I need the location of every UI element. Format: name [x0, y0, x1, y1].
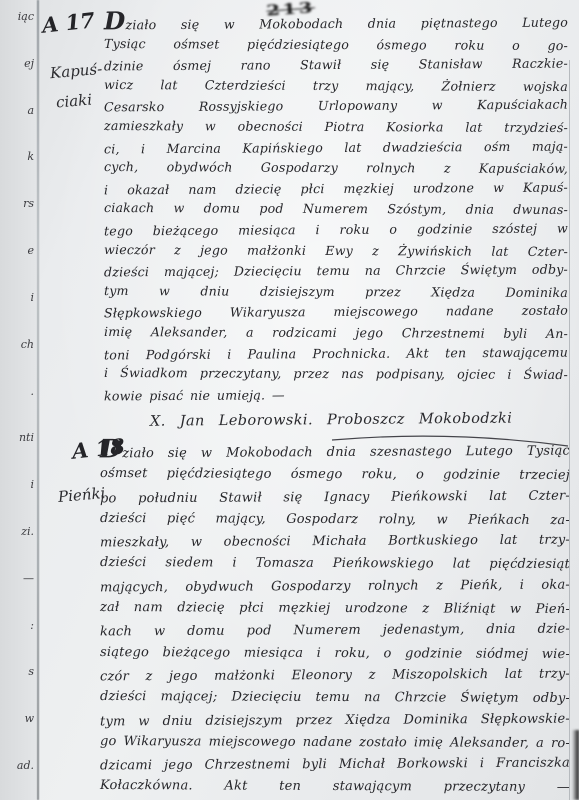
handwritten-line: ch	[0, 338, 34, 351]
handwritten-line: iąc	[0, 10, 34, 23]
place-name-kapusciaki-line2: ciaki	[55, 90, 92, 111]
handwritten-line: dzicami jego Chrzestnemi byli Michał Bor…	[100, 753, 570, 778]
handwritten-line: kowie pisać nie umieją. —	[104, 383, 568, 406]
handwritten-line: zamieszkały w obecności Piotra Kosiorka …	[104, 116, 568, 139]
handwritten-line: i	[0, 291, 34, 304]
handwritten-line: dzinie ósmej rano Stawił się Stanisław R…	[104, 54, 568, 77]
handwritten-line: ej	[0, 57, 34, 70]
handwritten-line: nti	[0, 431, 34, 444]
handwritten-line: Cesarsko Rossyjskiego Urlopowany w Kapuś…	[104, 95, 568, 118]
handwritten-line: cych, obydwóch Gospodarzy rolnych z Kapu…	[104, 157, 568, 180]
handwritten-line: wieczór z jego małżonki Ewy z Żywińskich…	[104, 240, 568, 263]
adjacent-page-strip: iącejakrseich.ntiizi.—:swad.	[0, 0, 36, 800]
handwritten-line: tym w dniu dzisiejszym przez Xiędza Domi…	[100, 708, 570, 733]
priest-signature: X. Jan Leborowski. Proboszcz Mokobodzki	[150, 410, 550, 429]
handwritten-line: siątego bieżącego miesiąca i roku, o god…	[100, 642, 570, 666]
act-number-17: A 17	[41, 7, 96, 37]
handwritten-line: zi.	[0, 525, 34, 538]
handwritten-line: i Świadkom przeczytany, przez nas podpis…	[104, 363, 568, 386]
handwritten-line: toni Podgórski i Paulina Prochnicka. Akt…	[104, 342, 568, 365]
handwritten-line: ci, i Marcina Kapińskiego lat dwadzieści…	[104, 136, 568, 159]
handwritten-line: dzieści siedem i Tomasza Pieńkowskiego l…	[100, 552, 570, 576]
record-17-body: Działo się w Mokobodach dnia piętnastego…	[104, 13, 568, 405]
handwritten-line: ad.	[0, 759, 34, 772]
handwritten-line: imię Aleksander, a rodzicami jego Chrzes…	[104, 322, 568, 345]
handwritten-line: dzieści mającej; Dziecięciu temu na Chrz…	[100, 686, 570, 710]
scanned-register-page: iącejakrseich.ntiizi.—:swad. 213 A 17 Ka…	[0, 0, 579, 800]
handwritten-line: —	[0, 572, 34, 585]
handwritten-line: ośmset pięćdziesiątego ósmego roku, o go…	[100, 463, 570, 487]
place-name-kapusciaki-line1: Kapuś-	[49, 60, 103, 82]
record-18-body: Działo się w Mokobodach dnia szesnastego…	[100, 441, 570, 799]
handwritten-line: mieszkały, w obecności Michała Bortkuski…	[100, 530, 570, 555]
handwritten-line: i	[0, 478, 34, 491]
page-fold-line	[37, 0, 39, 800]
handwritten-line: zał nam dziecię płci męzkiej urodzone z …	[100, 597, 570, 621]
handwritten-line: Tysiąc ośmset pięćdziesiątego ósmego rok…	[104, 34, 568, 57]
handwritten-line: .	[0, 385, 34, 398]
handwritten-line: dzieści pięć mający, Gospodarz rolny, w …	[100, 508, 570, 532]
handwritten-line: Słępkowskiego Wikaryusza miejscowego nad…	[104, 301, 568, 324]
handwritten-line: tego bieżącego miesiąca i roku o godzini…	[104, 219, 568, 242]
handwritten-line: Działo się w Mokobodach dnia piętnastego…	[104, 12, 568, 36]
handwritten-line: i okazał nam dziecię płci męzkiej urodzo…	[104, 177, 568, 200]
handwritten-line: rs	[0, 197, 34, 210]
scan-edge-shadow	[572, 730, 579, 800]
handwritten-line: e	[0, 244, 34, 257]
handwritten-line: czór z jego małżonki Eleonory z Miszopol…	[100, 664, 570, 689]
handwritten-line: w	[0, 712, 34, 725]
handwritten-line: ciakach w domu pod Numerem Szóstym, dnia…	[104, 198, 568, 221]
handwritten-line: po południu Stawił się Ignacy Pieńkowski…	[100, 485, 570, 510]
handwritten-line: a	[0, 104, 34, 117]
handwritten-line: Kołaczkówna. Akt ten stawającym przeczyt…	[100, 775, 570, 799]
handwritten-line: dzieści mającej; Dziecięciu temu na Chrz…	[104, 260, 568, 283]
handwritten-line: tym w dniu dzisiejszym przez Xiędza Domi…	[104, 281, 568, 304]
handwritten-line: mających, obydwuch Gospodarzy rolnych z …	[100, 574, 570, 599]
handwritten-line: go Wikaryusza miejscowego nadane zostało…	[100, 731, 570, 755]
handwritten-line: k	[0, 150, 34, 163]
right-margin-rule	[569, 60, 570, 800]
handwritten-line: :	[0, 619, 34, 632]
handwritten-line: kach w domu pod Numerem jedenastym, dnia…	[100, 619, 570, 644]
handwritten-line: wicz lat Czterdzieści trzy mający, Żołni…	[104, 75, 568, 98]
handwritten-line: s	[0, 665, 34, 678]
handwritten-line: Działo się w Mokobodach dnia szesnastego…	[100, 440, 570, 466]
place-name-pienki: Pieńki	[57, 484, 106, 506]
